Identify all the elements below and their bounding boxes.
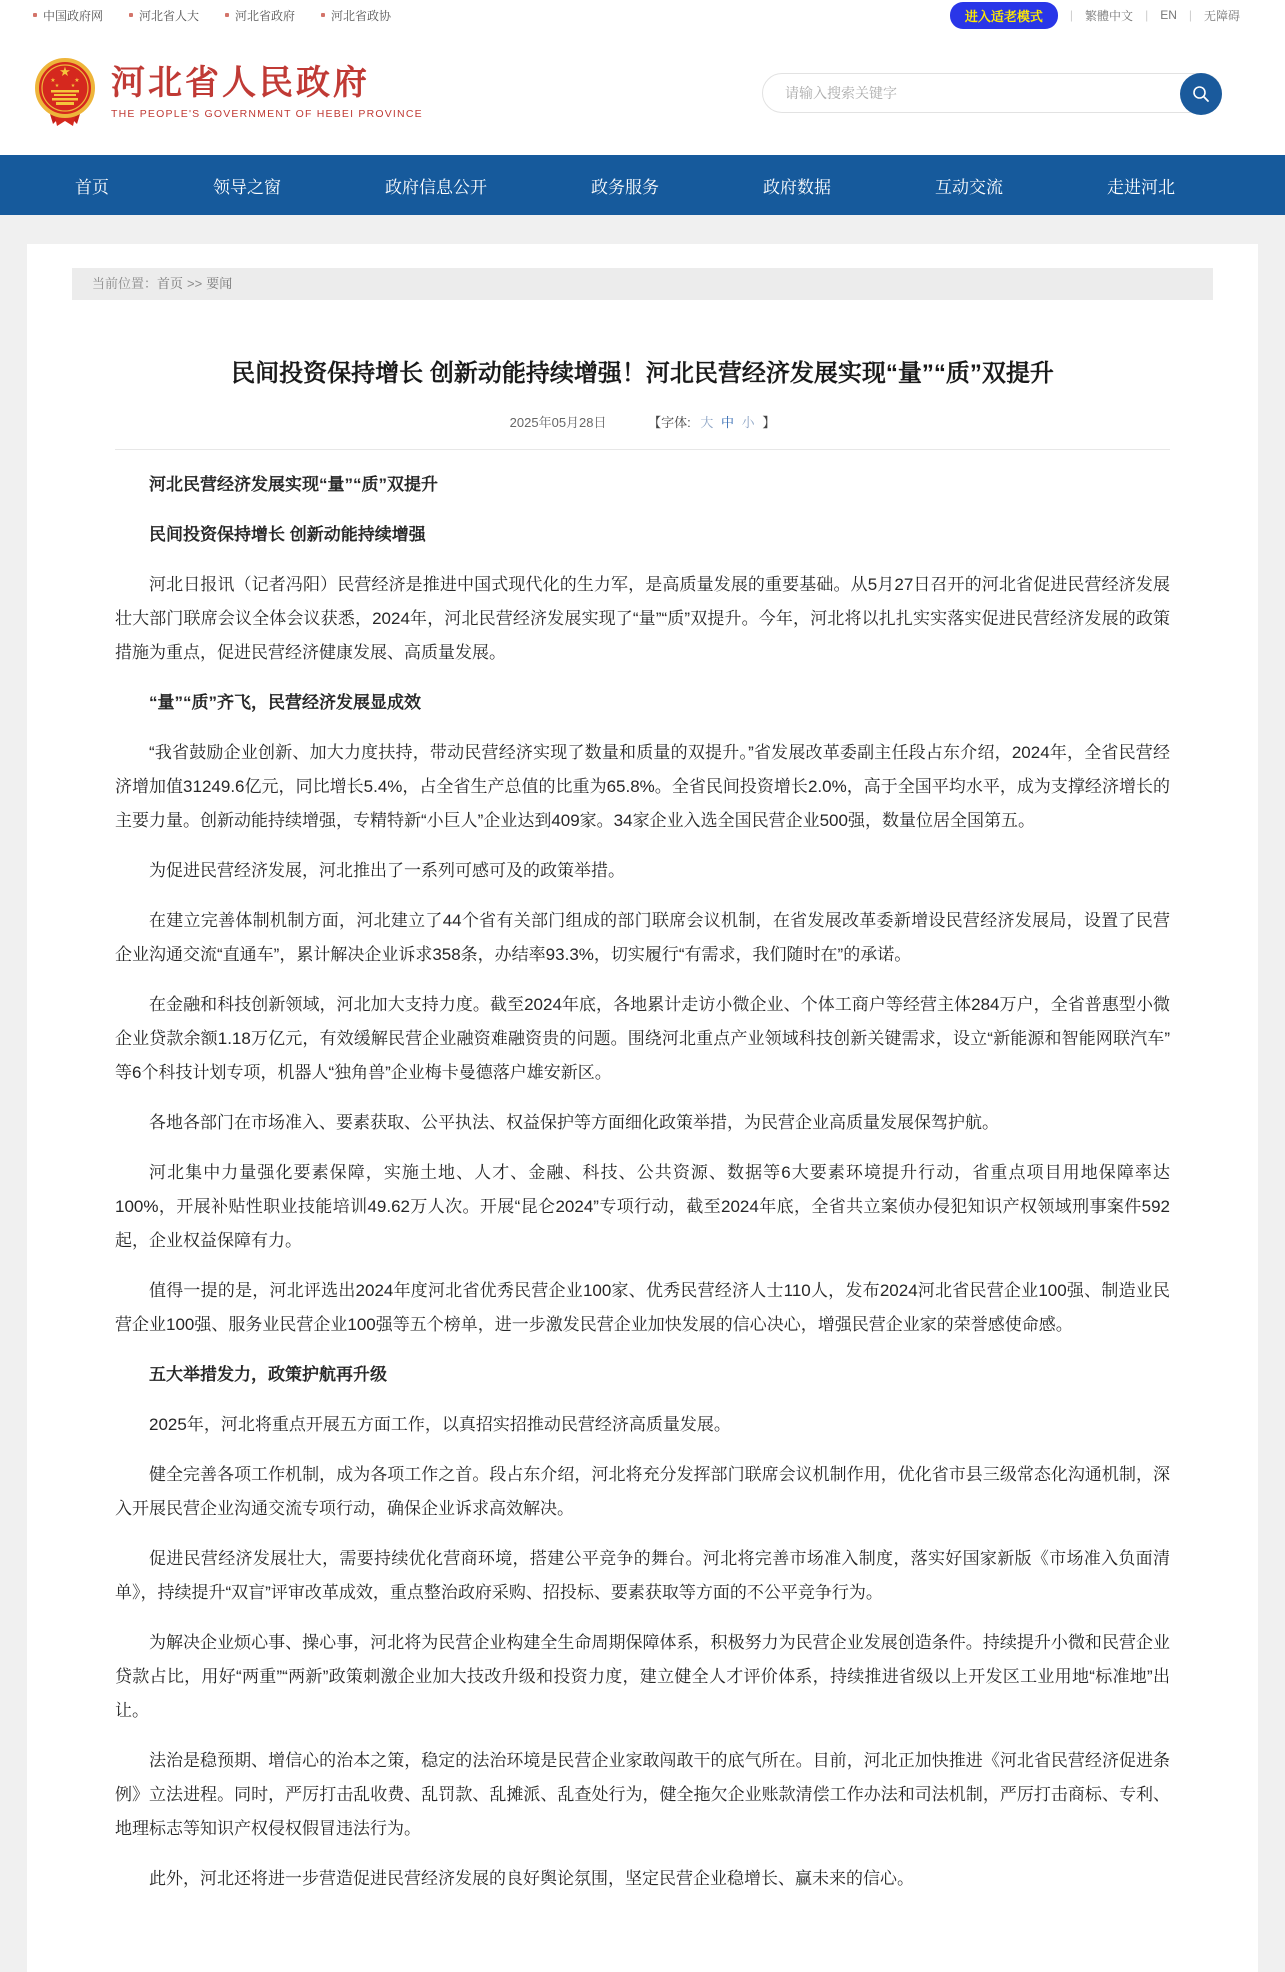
article-paragraph: 2025年，河北将重点开展五方面工作，以真招实招推动民营经济高质量发展。: [115, 1408, 1170, 1442]
article-paragraph: 在金融和科技创新领域，河北加大支持力度。截至2024年底，各地累计走访小微企业、…: [115, 988, 1170, 1090]
topbar-util-link[interactable]: 无障碍: [1204, 7, 1240, 24]
article-date: 2025年05月28日: [510, 415, 607, 430]
topbar-right: 进入适老模式 |繁體中文|EN|无障碍: [950, 2, 1240, 29]
site-subtitle: THE PEOPLE'S GOVERNMENT OF HEBEI PROVINC…: [111, 108, 423, 120]
nav-item[interactable]: 政府数据: [763, 173, 831, 198]
article-subheading: 河北民营经济发展实现“量”“质”双提升: [115, 468, 1170, 502]
article-paragraph: 值得一提的是，河北评选出2024年度河北省优秀民营企业100家、优秀民营经济人士…: [115, 1274, 1170, 1342]
separator: |: [1145, 8, 1148, 22]
breadcrumb: 当前位置：首页>>要闻: [72, 268, 1213, 300]
article-paragraph: 河北集中力量强化要素保障，实施土地、人才、金融、科技、公共资源、数据等6大要素环…: [115, 1156, 1170, 1258]
breadcrumb-section-link[interactable]: 要闻: [206, 276, 232, 291]
content-card: 当前位置：首页>>要闻 民间投资保持增长 创新动能持续增强！河北民营经济发展实现…: [27, 244, 1258, 1972]
font-size-label: 【字体:: [648, 415, 691, 430]
title-divider: [115, 449, 1170, 450]
article-paragraph: 为解决企业烦心事、操心事，河北将为民营企业构建全生命周期保障体系，积极努力为民营…: [115, 1626, 1170, 1728]
topbar-util-link[interactable]: EN: [1160, 8, 1177, 22]
top-utility-bar: 中国政府网河北省人大河北省政府河北省政协 进入适老模式 |繁體中文|EN|无障碍: [0, 0, 1285, 30]
topbar-link[interactable]: 河北省政府: [225, 7, 295, 24]
topbar-link[interactable]: 河北省政协: [321, 7, 391, 24]
search-box: [762, 73, 1222, 113]
national-emblem-icon: ★ ★ ★ ★ ★: [33, 58, 97, 128]
search-icon: [1192, 85, 1210, 103]
article: 民间投资保持增长 创新动能持续增强！河北民营经济发展实现“量”“质”双提升 20…: [72, 356, 1213, 1896]
breadcrumb-label: 当前位置：: [92, 276, 157, 291]
article-paragraph: 各地各部门在市场准入、要素获取、公平执法、权益保护等方面细化政策举措，为民营企业…: [115, 1106, 1170, 1140]
article-paragraph: 为促进民营经济发展，河北推出了一系列可感可及的政策举措。: [115, 854, 1170, 888]
main-nav: 首页领导之窗政府信息公开政务服务政府数据互动交流走进河北: [0, 155, 1285, 215]
nav-item[interactable]: 走进河北: [1107, 173, 1175, 198]
article-subheading: 五大举措发力，政策护航再升级: [115, 1358, 1170, 1392]
article-paragraph: “我省鼓励企业创新、加大力度扶持，带动民营经济实现了数量和质量的双提升。”省发展…: [115, 736, 1170, 838]
article-subheading: “量”“质”齐飞，民营经济发展显成效: [115, 686, 1170, 720]
topbar-links: 中国政府网河北省人大河北省政府河北省政协: [33, 7, 391, 24]
topbar-link[interactable]: 河北省人大: [129, 7, 199, 24]
article-body: 河北民营经济发展实现“量”“质”双提升民间投资保持增长 创新动能持续增强河北日报…: [115, 468, 1170, 1896]
article-paragraph: 河北日报讯（记者冯阳）民营经济是推进中国式现代化的生力军，是高质量发展的重要基础…: [115, 568, 1170, 670]
site-title: 河北省人民政府: [111, 65, 423, 102]
search-input[interactable]: [763, 85, 1221, 101]
site-logo[interactable]: ★ ★ ★ ★ ★ 河北省人民政府 THE PEOPLE'S GOVERNMEN…: [33, 58, 423, 128]
article-title: 民间投资保持增长 创新动能持续增强！河北民营经济发展实现“量”“质”双提升: [115, 356, 1170, 392]
breadcrumb-home-link[interactable]: 首页: [157, 276, 183, 291]
font-size-large-button[interactable]: 大: [700, 415, 713, 430]
article-meta: 2025年05月28日 【字体: 大 中 小 】: [115, 412, 1170, 431]
separator: |: [1189, 8, 1192, 22]
article-paragraph: 健全完善各项工作机制，成为各项工作之首。段占东介绍，河北将充分发挥部门联席会议机…: [115, 1458, 1170, 1526]
article-subheading: 民间投资保持增长 创新动能持续增强: [115, 518, 1170, 552]
search-button[interactable]: [1180, 73, 1222, 115]
topbar-util-link[interactable]: 繁體中文: [1085, 7, 1133, 24]
breadcrumb-separator: >>: [187, 276, 202, 291]
nav-item[interactable]: 政务服务: [591, 173, 659, 198]
font-size-label-end: 】: [762, 415, 775, 430]
logo-text: 河北省人民政府 THE PEOPLE'S GOVERNMENT OF HEBEI…: [111, 65, 423, 120]
article-paragraph: 促进民营经济发展壮大，需要持续优化营商环境，搭建公平竞争的舞台。河北将完善市场准…: [115, 1542, 1170, 1610]
site-header: ★ ★ ★ ★ ★ 河北省人民政府 THE PEOPLE'S GOVERNMEN…: [0, 30, 1285, 155]
article-paragraph: 法治是稳预期、增信心的治本之策，稳定的法治环境是民营企业家敢闯敢干的底气所在。目…: [115, 1744, 1170, 1846]
topbar-link[interactable]: 中国政府网: [33, 7, 103, 24]
elder-mode-button[interactable]: 进入适老模式: [950, 2, 1058, 29]
separator: |: [1070, 8, 1073, 22]
article-paragraph: 在建立完善体制机制方面，河北建立了44个省有关部门组成的部门联席会议机制，在省发…: [115, 904, 1170, 972]
font-size-small-button[interactable]: 小: [742, 415, 755, 430]
nav-item[interactable]: 互动交流: [935, 173, 1003, 198]
svg-text:★: ★: [71, 83, 76, 89]
font-size-medium-button[interactable]: 中: [721, 415, 734, 430]
nav-item[interactable]: 首页: [75, 173, 109, 198]
svg-text:★: ★: [55, 83, 60, 89]
nav-item[interactable]: 领导之窗: [213, 173, 281, 198]
nav-item[interactable]: 政府信息公开: [385, 173, 487, 198]
topbar-utils: |繁體中文|EN|无障碍: [1070, 7, 1240, 24]
svg-text:★: ★: [59, 64, 71, 79]
article-paragraph: 此外，河北还将进一步营造促进民营经济发展的良好舆论氛围，坚定民营企业稳增长、赢未…: [115, 1862, 1170, 1896]
